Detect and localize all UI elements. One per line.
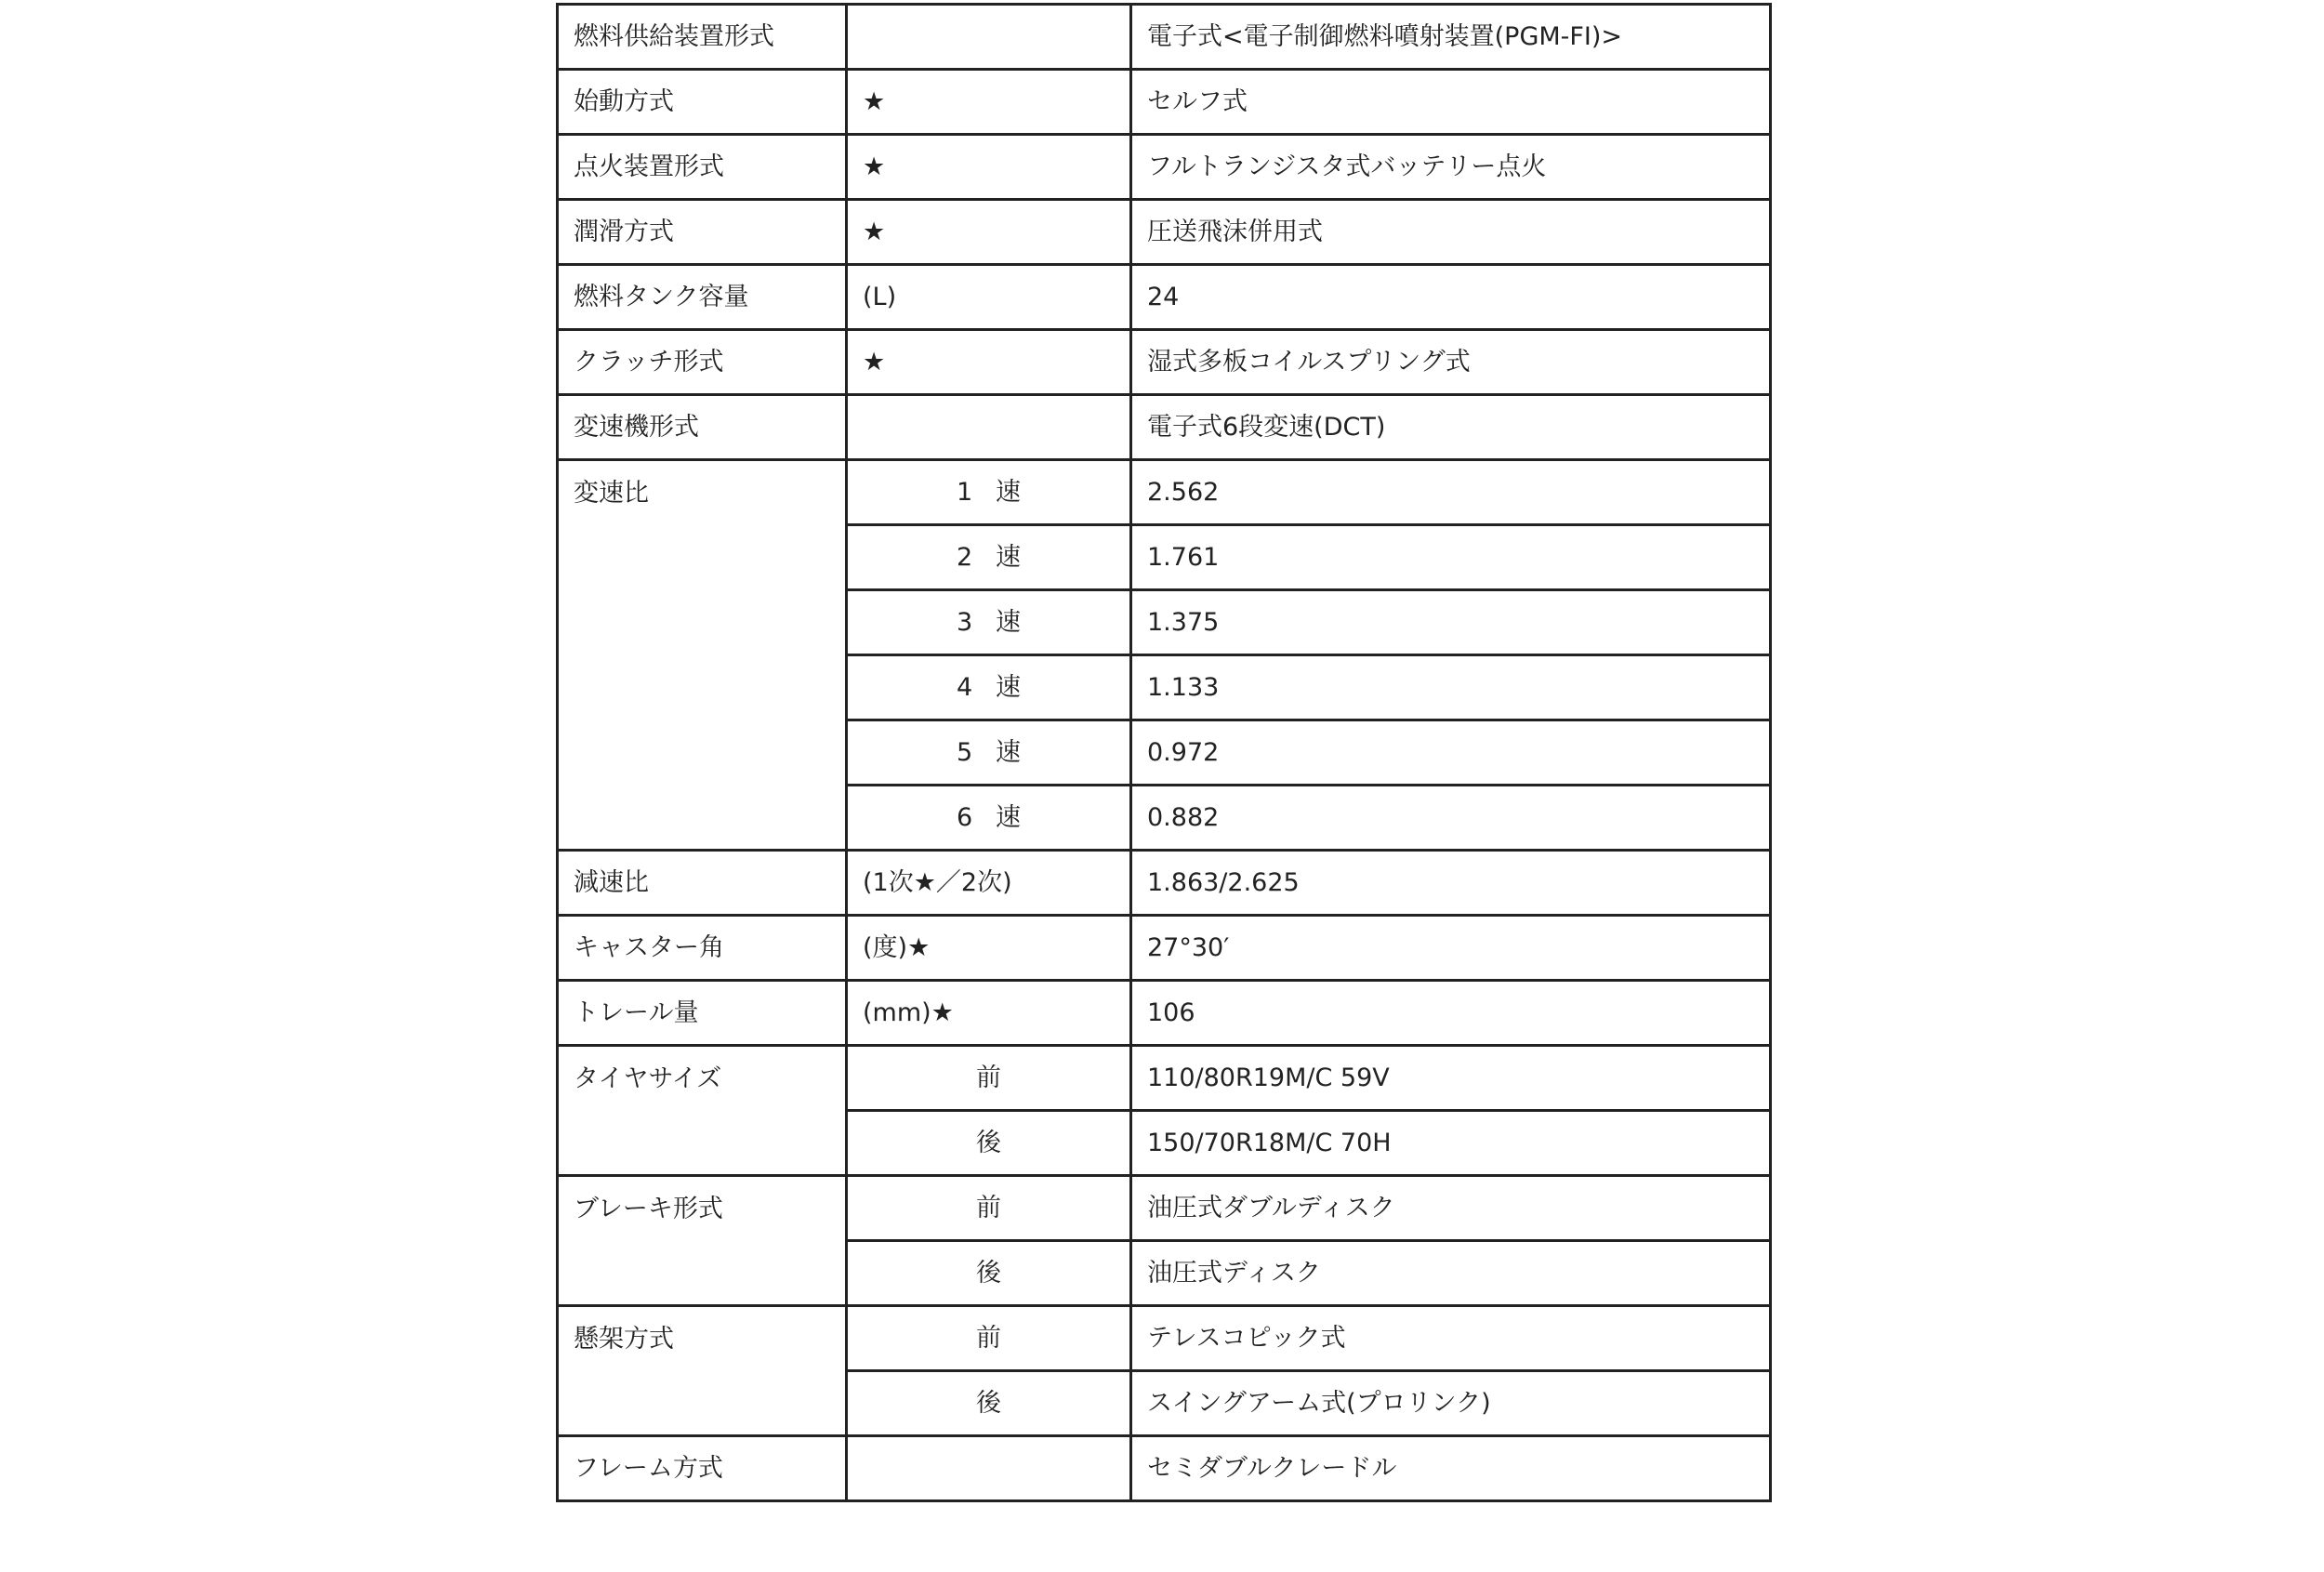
table-row-brake-front: ブレーキ形式 前 油圧式ダブルディスク bbox=[558, 1176, 1771, 1241]
row-label: タイヤサイズ bbox=[558, 1046, 847, 1176]
table-row-suspension-front: 懸架方式 前 テレスコピック式 bbox=[558, 1306, 1771, 1371]
row-value: 電子式6段変速(DCT) bbox=[1131, 395, 1771, 460]
row-unit bbox=[847, 5, 1131, 70]
front-label: 前 bbox=[847, 1176, 1131, 1241]
row-unit: (度)★ bbox=[847, 916, 1131, 981]
table-row-tire-front: タイヤサイズ 前 110/80R19M/C 59V bbox=[558, 1046, 1771, 1111]
row-unit: (1次★／2次) bbox=[847, 851, 1131, 916]
row-value: 湿式多板コイルスプリング式 bbox=[1131, 330, 1771, 395]
row-value: 油圧式ダブルディスク bbox=[1131, 1176, 1771, 1241]
row-label: 燃料タンク容量 bbox=[558, 265, 847, 330]
row-unit bbox=[847, 1436, 1131, 1501]
row-value: 110/80R19M/C 59V bbox=[1131, 1046, 1771, 1111]
row-value: セルフ式 bbox=[1131, 70, 1771, 135]
row-unit: ★ bbox=[847, 135, 1131, 200]
gear-sub-label: 1速 bbox=[847, 460, 1131, 525]
table-row: 減速比 (1次★／2次) 1.863/2.625 bbox=[558, 851, 1771, 916]
table-row-gear: 変速比 1速 2.562 bbox=[558, 460, 1771, 525]
gear-sub-label: 4速 bbox=[847, 655, 1131, 720]
row-label: 変速比 bbox=[558, 460, 847, 851]
row-value: 106 bbox=[1131, 981, 1771, 1046]
row-value: フルトランジスタ式バッテリー点火 bbox=[1131, 135, 1771, 200]
rear-label: 後 bbox=[847, 1111, 1131, 1176]
gear-sub-label: 6速 bbox=[847, 786, 1131, 851]
row-label: クラッチ形式 bbox=[558, 330, 847, 395]
table-row: 燃料供給装置形式 電子式<電子制御燃料噴射装置(PGM-FI)> bbox=[558, 5, 1771, 70]
table-row: 点火装置形式 ★ フルトランジスタ式バッテリー点火 bbox=[558, 135, 1771, 200]
row-label: キャスター角 bbox=[558, 916, 847, 981]
row-value: 1.761 bbox=[1131, 525, 1771, 590]
row-value: 0.972 bbox=[1131, 720, 1771, 786]
gear-sub-label: 5速 bbox=[847, 720, 1131, 786]
table-row: トレール量 (mm)★ 106 bbox=[558, 981, 1771, 1046]
row-label: 点火装置形式 bbox=[558, 135, 847, 200]
row-label: 変速機形式 bbox=[558, 395, 847, 460]
row-label: ブレーキ形式 bbox=[558, 1176, 847, 1306]
row-value: 電子式<電子制御燃料噴射装置(PGM-FI)> bbox=[1131, 5, 1771, 70]
row-value: 2.562 bbox=[1131, 460, 1771, 525]
row-value: 150/70R18M/C 70H bbox=[1131, 1111, 1771, 1176]
row-value: 27°30′ bbox=[1131, 916, 1771, 981]
row-value: スイングアーム式(プロリンク) bbox=[1131, 1371, 1771, 1436]
rear-label: 後 bbox=[847, 1371, 1131, 1436]
row-label: 始動方式 bbox=[558, 70, 847, 135]
row-value: 0.882 bbox=[1131, 786, 1771, 851]
table-row: キャスター角 (度)★ 27°30′ bbox=[558, 916, 1771, 981]
row-value: 1.133 bbox=[1131, 655, 1771, 720]
table-row: 変速機形式 電子式6段変速(DCT) bbox=[558, 395, 1771, 460]
table-row: フレーム方式 セミダブルクレードル bbox=[558, 1436, 1771, 1501]
row-value: テレスコピック式 bbox=[1131, 1306, 1771, 1371]
front-label: 前 bbox=[847, 1046, 1131, 1111]
row-label: 燃料供給装置形式 bbox=[558, 5, 847, 70]
row-label: 懸架方式 bbox=[558, 1306, 847, 1436]
front-label: 前 bbox=[847, 1306, 1131, 1371]
row-unit: ★ bbox=[847, 70, 1131, 135]
row-value: 1.863/2.625 bbox=[1131, 851, 1771, 916]
table-row: 燃料タンク容量 (L) 24 bbox=[558, 265, 1771, 330]
spec-table: 燃料供給装置形式 電子式<電子制御燃料噴射装置(PGM-FI)> 始動方式 ★ … bbox=[556, 3, 1772, 1502]
row-unit bbox=[847, 395, 1131, 460]
row-unit: (L) bbox=[847, 265, 1131, 330]
row-label: トレール量 bbox=[558, 981, 847, 1046]
row-value: 油圧式ディスク bbox=[1131, 1241, 1771, 1306]
table-row: 始動方式 ★ セルフ式 bbox=[558, 70, 1771, 135]
row-value: 圧送飛沫併用式 bbox=[1131, 200, 1771, 265]
gear-sub-label: 3速 bbox=[847, 590, 1131, 655]
rear-label: 後 bbox=[847, 1241, 1131, 1306]
row-unit: (mm)★ bbox=[847, 981, 1131, 1046]
row-value: 24 bbox=[1131, 265, 1771, 330]
row-value: 1.375 bbox=[1131, 590, 1771, 655]
row-label: フレーム方式 bbox=[558, 1436, 847, 1501]
row-label: 減速比 bbox=[558, 851, 847, 916]
table-row: クラッチ形式 ★ 湿式多板コイルスプリング式 bbox=[558, 330, 1771, 395]
row-unit: ★ bbox=[847, 200, 1131, 265]
table-row: 潤滑方式 ★ 圧送飛沫併用式 bbox=[558, 200, 1771, 265]
row-value: セミダブルクレードル bbox=[1131, 1436, 1771, 1501]
row-unit: ★ bbox=[847, 330, 1131, 395]
gear-sub-label: 2速 bbox=[847, 525, 1131, 590]
row-label: 潤滑方式 bbox=[558, 200, 847, 265]
